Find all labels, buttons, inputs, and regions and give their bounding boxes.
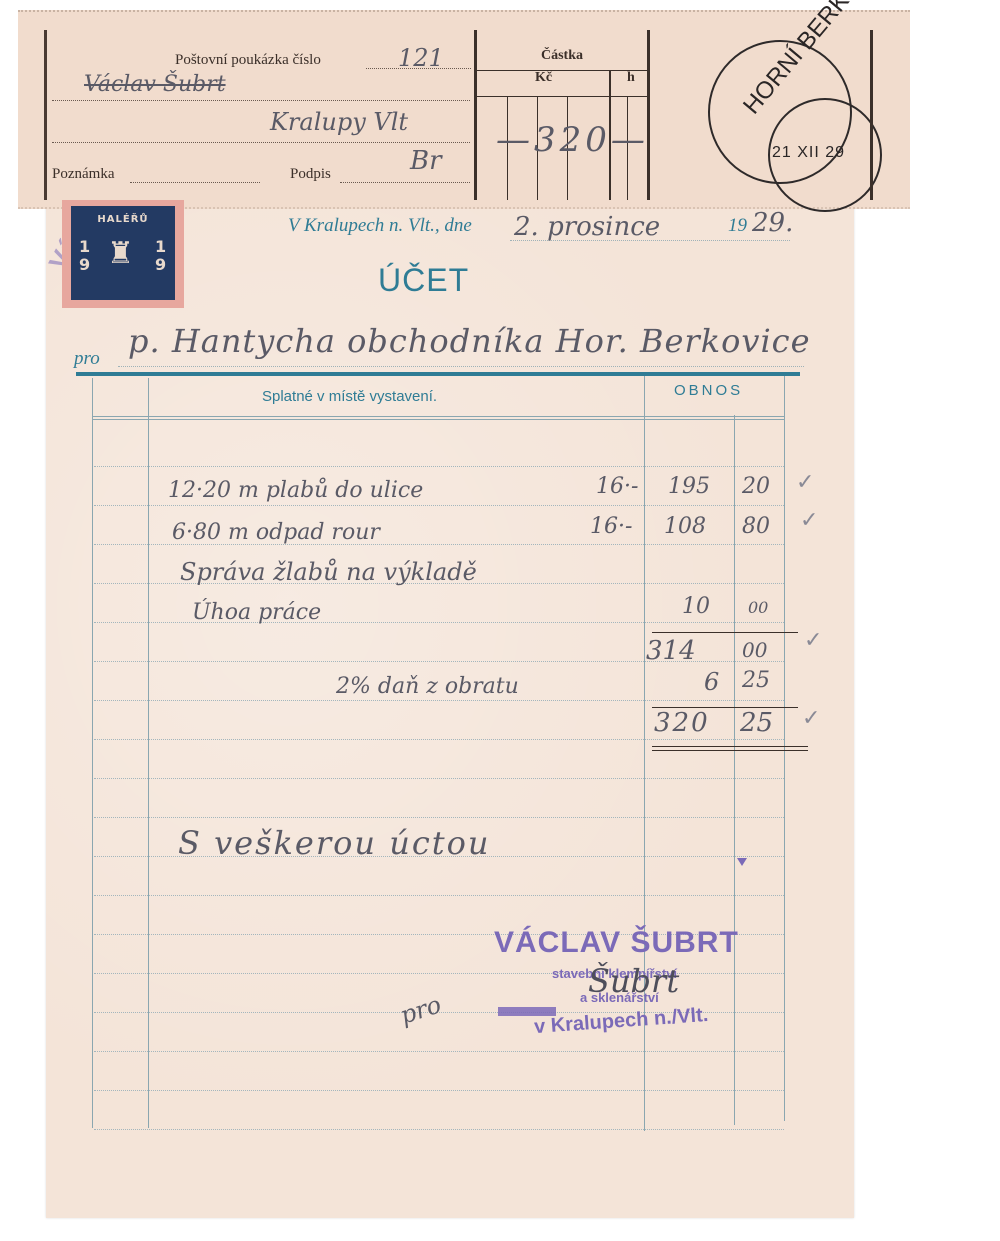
total-rule-bottom-2 [652, 750, 808, 751]
tax-description: 2% daň z obratu [336, 674, 519, 699]
note-label: Poznámka [52, 166, 114, 183]
postal-form-label: Poštovní poukázka číslo [175, 52, 321, 69]
sender-line-2: Kralupy Vlt [270, 108, 408, 136]
subtotal-h: 00 [742, 638, 767, 662]
ruled-line [94, 1090, 784, 1091]
subtotal-check-icon: ✓ [804, 628, 822, 653]
closing-note: S veškerou úctou [178, 824, 490, 862]
stub-amount-value: —320— [496, 120, 649, 160]
subtotal-rule [652, 632, 798, 633]
invoice-title: ÚČET [378, 262, 469, 299]
signature-label: Podpis [290, 166, 331, 183]
total-kc: 320 [654, 708, 710, 738]
payable-note: Splatné v místě vystavení. [262, 388, 437, 405]
sender-line-1: Václav Šubrt [84, 72, 226, 97]
item-2-h: 80 [742, 514, 770, 539]
item-2-rate: 16·- [590, 514, 632, 539]
revenue-stamp: HALÉŘŮ 1 9 ♜ 1 9 [62, 200, 184, 308]
amount-header: Částka [477, 48, 647, 64]
stamp-value-left: 1 9 [79, 238, 93, 274]
revenue-stamp-face: HALÉŘŮ 1 9 ♜ 1 9 [71, 206, 175, 300]
amount-divider-1 [477, 70, 647, 71]
pro-label: pro [74, 348, 100, 370]
header-rule [76, 372, 800, 376]
signature-scrawl: Šubrt [588, 962, 679, 1000]
stub-signature-mark: Br [410, 146, 442, 176]
currency-kc-label: Kč [535, 70, 552, 86]
handwritten-date: 2. prosince [514, 212, 660, 242]
ruled-line [94, 1129, 784, 1130]
ruled-line [94, 778, 784, 779]
ruled-line [94, 466, 784, 467]
table-col-right [784, 376, 785, 1121]
header-double-rule-2 [92, 419, 784, 420]
total-check-icon: ✓ [802, 706, 820, 731]
item-1-check-icon: ✓ [796, 470, 814, 495]
year-suffix: 29. [752, 208, 793, 238]
ruled-line [94, 973, 784, 974]
arrow-down-icon [737, 858, 747, 866]
amount-column-header: OBNOS [674, 382, 743, 399]
signature-line [340, 182, 470, 183]
table-col-left-1 [92, 378, 93, 1128]
tax-kc: 6 [704, 668, 719, 696]
item-2-kc: 108 [664, 514, 706, 539]
item-1-description: 12·20 m plabů do ulice [168, 478, 423, 503]
table-col-halere [734, 415, 735, 1125]
item-2-description: 6·80 m odpad rour [172, 520, 380, 545]
stub-line-2 [52, 142, 470, 143]
place-date-prefix: V Kralupech n. Vlt., dne [288, 215, 472, 237]
amount-divider-2 [477, 96, 647, 97]
ruled-line [94, 739, 784, 740]
item-1-rate: 16·- [596, 474, 638, 499]
amount-box: Částka Kč h [474, 30, 650, 200]
item-1-h: 20 [742, 474, 770, 499]
item-3-description: Správa žlabů na výkladě [180, 558, 477, 586]
note-line [130, 182, 260, 183]
total-rule-bottom-1 [652, 746, 808, 747]
ruled-line [94, 817, 784, 818]
ruled-line [94, 505, 784, 506]
recipient-name: p. Hantycha obchodníka Hor. Berkovice [128, 322, 811, 360]
postmark-date: 21 XII 29 [772, 144, 845, 162]
recipient-line [118, 366, 804, 367]
item-4-description: Úhoa práce [192, 600, 321, 625]
subtotal-kc: 314 [646, 636, 696, 666]
postal-form-number: 121 [398, 44, 444, 72]
table-col-left-2 [148, 378, 149, 1128]
item-1-kc: 195 [668, 474, 710, 499]
header-double-rule-1 [92, 416, 784, 417]
stub-right-border [870, 30, 873, 200]
ruled-line [94, 1051, 784, 1052]
stamp-denomination: HALÉŘŮ [71, 214, 175, 225]
total-h: 25 [740, 708, 773, 738]
lion-icon: ♜ [107, 236, 134, 271]
tax-h: 25 [742, 668, 770, 693]
year-prefix: 19 [728, 215, 747, 237]
ruled-line [94, 895, 784, 896]
item-2-check-icon: ✓ [800, 508, 818, 533]
company-stamp-name: VÁCLAV ŠUBRT [494, 926, 739, 960]
item-4-kc: 10 [682, 594, 710, 619]
stub-line-1 [52, 100, 470, 101]
ruled-line [94, 700, 784, 701]
currency-h-label: h [627, 70, 635, 86]
item-4-h: 00 [748, 598, 768, 617]
stamp-value-right: 1 9 [155, 238, 169, 274]
